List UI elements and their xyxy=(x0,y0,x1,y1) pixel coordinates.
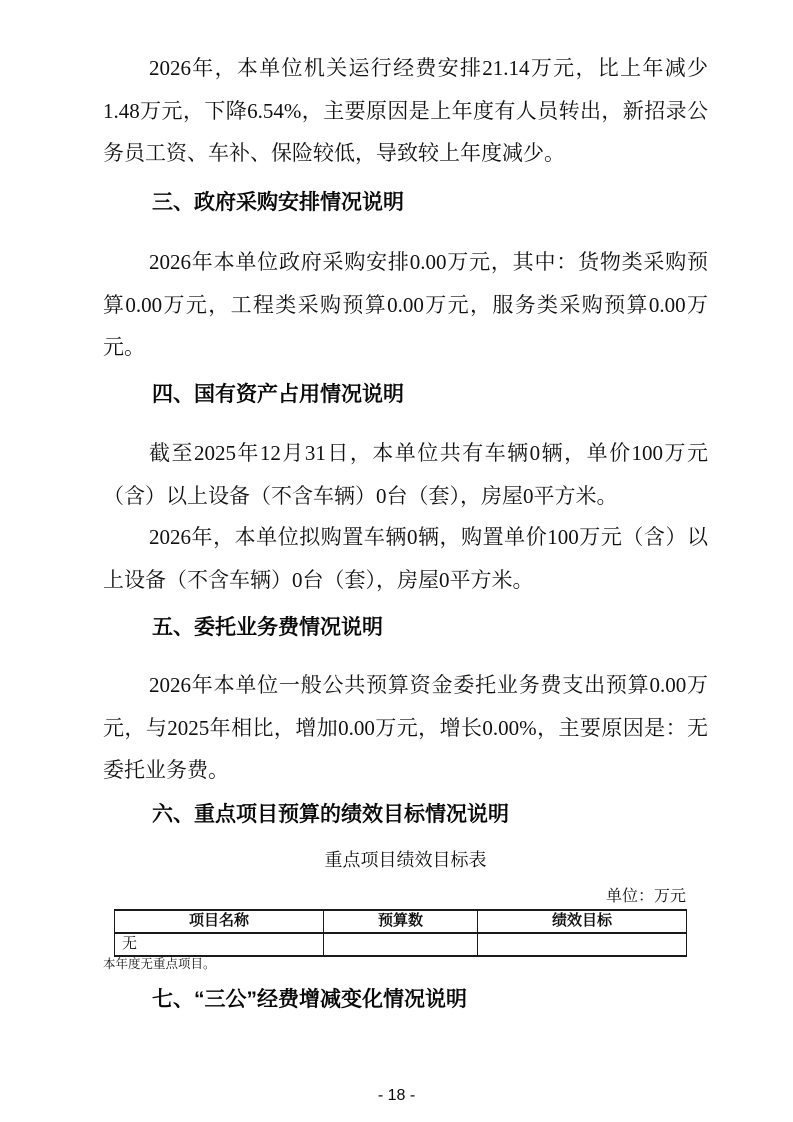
document-page: 2026年，本单位机关运行经费安排21.14万元，比上年减少 1.48万元，下降… xyxy=(0,0,793,1122)
paragraph-line: 2026年，本单位拟购置车辆0辆，购置单价100万元（含）以 xyxy=(103,516,708,559)
paragraph-line: 委托业务费。 xyxy=(103,749,708,792)
paragraph-line: 算0.00万元，工程类采购预算0.00万元，服务类采购预算0.00万 xyxy=(103,284,708,327)
section4-heading: 四、国有资产占用情况说明 xyxy=(103,382,708,408)
table-header-row: 项目名称 预算数 绩效目标 xyxy=(115,910,687,933)
paragraph-line: 元，与2025年相比，增加0.00万元，增长0.00%，主要原因是：无 xyxy=(103,707,708,750)
table-header-cell-performance-target: 绩效目标 xyxy=(478,910,687,933)
section3-paragraph: 2026年本单位政府采购安排0.00万元，其中：货物类采购预 算0.00万元，工… xyxy=(103,241,708,369)
paragraph-line: 2026年，本单位机关运行经费安排21.14万元，比上年减少 xyxy=(103,47,708,90)
table-header-cell-budget: 预算数 xyxy=(324,910,478,933)
section4-paragraph2: 2026年，本单位拟购置车辆0辆，购置单价100万元（含）以 上设备（不含车辆）… xyxy=(103,516,708,601)
paragraph-line: （含）以上设备（不含车辆）0台（套），房屋0平方米。 xyxy=(103,475,708,518)
section6-heading: 六、重点项目预算的绩效目标情况说明 xyxy=(103,802,708,828)
paragraph-line: 1.48万元，下降6.54%，主要原因是上年度有人员转出，新招录公 xyxy=(103,90,708,133)
table-title: 重点项目绩效目标表 xyxy=(103,848,708,872)
section5-heading: 五、委托业务费情况说明 xyxy=(103,615,708,641)
paragraph-line: 2026年本单位一般公共预算资金委托业务费支出预算0.00万 xyxy=(103,664,708,707)
table-cell-project-name: 无 xyxy=(115,933,324,956)
paragraph-line: 务员工资、车补、保险较低，导致较上年度减少。 xyxy=(103,132,708,175)
table-row: 无 xyxy=(115,933,687,956)
paragraph-line: 上设备（不含车辆）0台（套），房屋0平方米。 xyxy=(103,559,708,602)
section5-paragraph: 2026年本单位一般公共预算资金委托业务费支出预算0.00万 元，与2025年相… xyxy=(103,664,708,792)
table-header-cell-project-name: 项目名称 xyxy=(115,910,324,933)
performance-table: 项目名称 预算数 绩效目标 无 xyxy=(114,909,687,957)
table-cell-budget xyxy=(324,933,478,956)
unit-label: 单位：万元 xyxy=(113,886,686,908)
page-number: - 18 - xyxy=(0,1086,793,1106)
intro-paragraph: 2026年，本单位机关运行经费安排21.14万元，比上年减少 1.48万元，下降… xyxy=(103,47,708,175)
section7-heading: 七、“三公”经费增减变化情况说明 xyxy=(103,987,708,1013)
paragraph-line: 截至2025年12月31日，本单位共有车辆0辆，单价100万元 xyxy=(103,432,708,475)
section3-heading: 三、政府采购安排情况说明 xyxy=(103,190,708,216)
paragraph-line: 元。 xyxy=(103,326,708,369)
paragraph-line: 2026年本单位政府采购安排0.00万元，其中：货物类采购预 xyxy=(103,241,708,284)
table-footnote: 本年度无重点项目。 xyxy=(103,956,708,972)
table-cell-performance-target xyxy=(478,933,687,956)
section4-paragraph1: 截至2025年12月31日，本单位共有车辆0辆，单价100万元 （含）以上设备（… xyxy=(103,432,708,517)
